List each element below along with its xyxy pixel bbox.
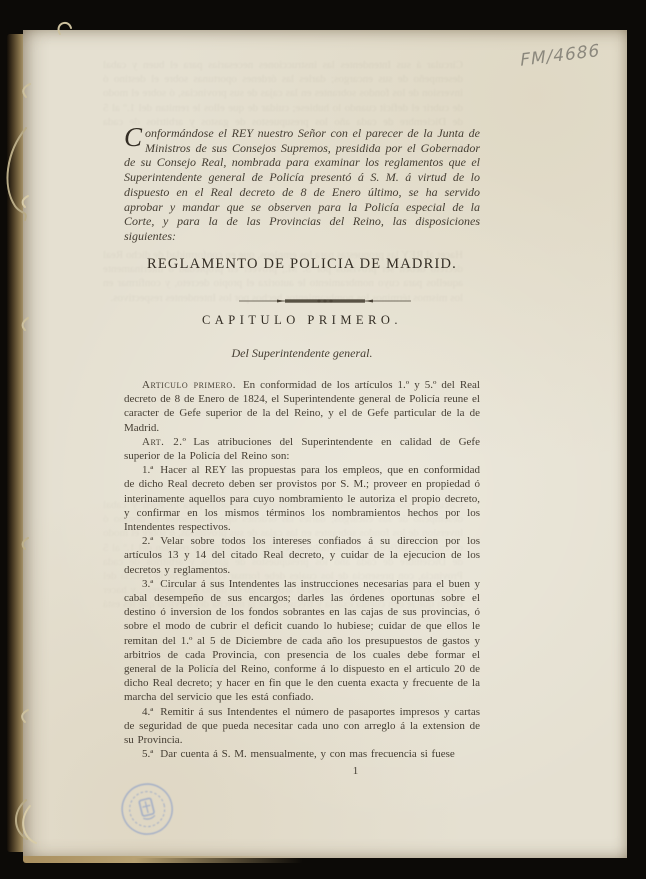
page-block-edge [23,856,303,863]
article-paragraph: 4.ªRemitir á sus Intendentes el número d… [124,705,480,748]
divider-ornament [239,292,411,300]
article-text: Dar cuenta á S. M. mensualmente, y con m… [160,748,454,760]
article-text: Remitir á sus Intendentes el número de p… [124,706,480,746]
document-title: REGLAMENTO DE POLICIA DE MADRID. [124,256,480,273]
photograph-background: { "colors": { "background": "#0c0a07", "… [0,0,646,879]
article-paragraph: 3.ªCircular á sus Intendentes las instru… [124,577,480,705]
article-text: Circular á sus Intendentes las instrucci… [124,578,480,704]
stamp-seal-icon [112,776,182,844]
articles-block: Articulo primero.En conformidad de los a… [124,378,480,761]
chapter-heading: CAPITULO PRIMERO. [124,313,480,328]
preamble-paragraph: Conformándose el REY nuestro Señor con e… [124,126,480,244]
article-paragraph: Art. 2.ºLas atribuciones del Superintend… [124,435,480,463]
article-paragraph: Articulo primero.En conformidad de los a… [124,378,480,435]
article-label: Articulo primero. [142,379,243,391]
article-paragraph: 2.ªVelar sobre todos los intereses confi… [124,534,480,577]
article-label: 4.ª [142,706,160,718]
page-number: 1 [341,765,371,777]
drop-cap-initial: C [124,126,142,148]
article-paragraph: 1.ªHacer al REY las propuestas para los … [124,463,480,534]
article-paragraph: 5.ªDar cuenta á S. M. mensualmente, y co… [124,747,480,761]
article-label: 1.ª [142,464,160,476]
article-text: Velar sobre todos los intereses confiado… [124,535,480,575]
document-page: Circular á sus Intendentes las instrucci… [23,30,627,858]
bleedthrough-text: Circular á sus Intendentes las instrucci… [103,58,463,130]
preamble-text: onformándose el REY nuestro Señor con el… [124,126,480,243]
divider-rule-icon [239,297,411,305]
article-label: Art. 2.º [142,436,193,448]
chapter-subtitle: Del Superintendente general. [124,346,480,361]
library-stamp [112,776,183,849]
article-text: Hacer al REY las propuestas para los emp… [124,464,480,533]
article-label: 2.ª [142,535,160,547]
article-label: 3.ª [142,578,160,590]
article-label: 5.ª [142,748,160,760]
